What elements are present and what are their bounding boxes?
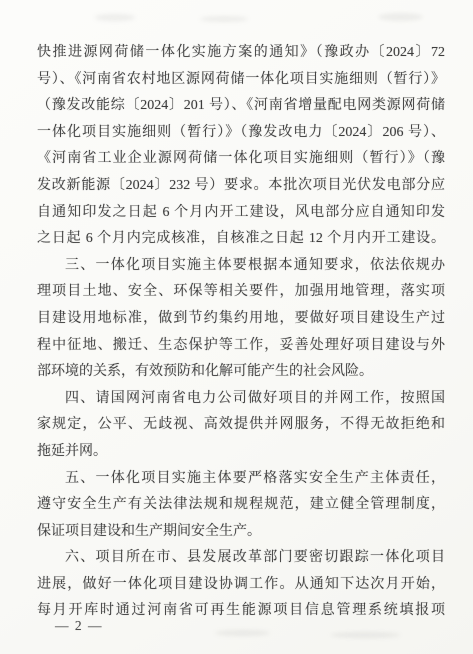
scan-smudge — [330, 632, 400, 638]
text-line: 目建设用地标准，做到节约集约用地，要做好项目建设生产过 — [37, 306, 445, 333]
text-line: 程中征地、搬迁、生态保护等工作，妥善处理好项目建设与外 — [37, 333, 445, 360]
scan-smudge — [95, 14, 135, 21]
paragraph-end-line: 部环境的关系，有效预防和化解可能产生的社会风险。 — [37, 359, 445, 386]
text-line: 家规定，公平、无歧视、高效提供并网服务，不得无故拒绝和 — [37, 412, 445, 439]
scan-smudge — [215, 630, 270, 636]
text-line: 《河南省工业企业源网荷储一体化项目实施细则（暂行）》（豫 — [37, 146, 445, 173]
document-body-text: 快推进源网荷储一体化实施方案的通知》（豫政办〔2024〕72 号）、《河南省农村… — [37, 40, 445, 625]
text-line: （豫发改能综〔2024〕201 号）、《河南省增量配电网类源网荷储 — [37, 93, 445, 120]
text-line: 理项目土地、安全、环保等相关要件，加强用地管理，落实项 — [37, 279, 445, 306]
scan-smudge — [200, 16, 248, 22]
text-line: 进展，做好一体化项目建设协调工作。从通知下达次月开始， — [37, 572, 445, 599]
paragraph-start-line: 五、一体化项目实施主体要严格落实安全生产主体责任， — [37, 466, 445, 493]
paragraph-start-line: 六、项目所在市、县发展改革部门要密切跟踪一体化项目 — [37, 545, 445, 572]
document-page: 快推进源网荷储一体化实施方案的通知》（豫政办〔2024〕72 号）、《河南省农村… — [0, 0, 473, 654]
text-line: 遵守安全生产有关法律法规和规程规范，建立健全管理制度， — [37, 492, 445, 519]
text-line: 一体化项目实施细则（暂行）》（豫发改电力〔2024〕206 号）、 — [37, 120, 445, 147]
paragraph-start-line: 四、请国网河南省电力公司做好项目的并网工作，按照国 — [37, 386, 445, 413]
scan-smudge — [378, 13, 423, 21]
page-number: — 2 — — [55, 618, 103, 634]
paragraph-end-line: 拖延并网。 — [37, 439, 445, 466]
text-line: 快推进源网荷储一体化实施方案的通知》（豫政办〔2024〕72 — [37, 40, 445, 67]
text-line: 号）、《河南省农村地区源网荷储一体化项目实施细则（暂行）》 — [37, 67, 445, 94]
text-line: 发改新能源〔2024〕232 号）要求。本批次项目光伏发电部分应 — [37, 173, 445, 200]
paragraph-end-line: 保证项目建设和生产期间安全生产。 — [37, 519, 445, 546]
paragraph-start-line: 三、一体化项目实施主体要根据本通知要求，依法依规办 — [37, 253, 445, 280]
text-line: 自通知印发之日起 6 个月内开工建设，风电部分应自通知印发 — [37, 200, 445, 227]
text-line: 之日起 6 个月内完成核准，自核准之日起 12 个月内开工建设。 — [37, 226, 445, 253]
